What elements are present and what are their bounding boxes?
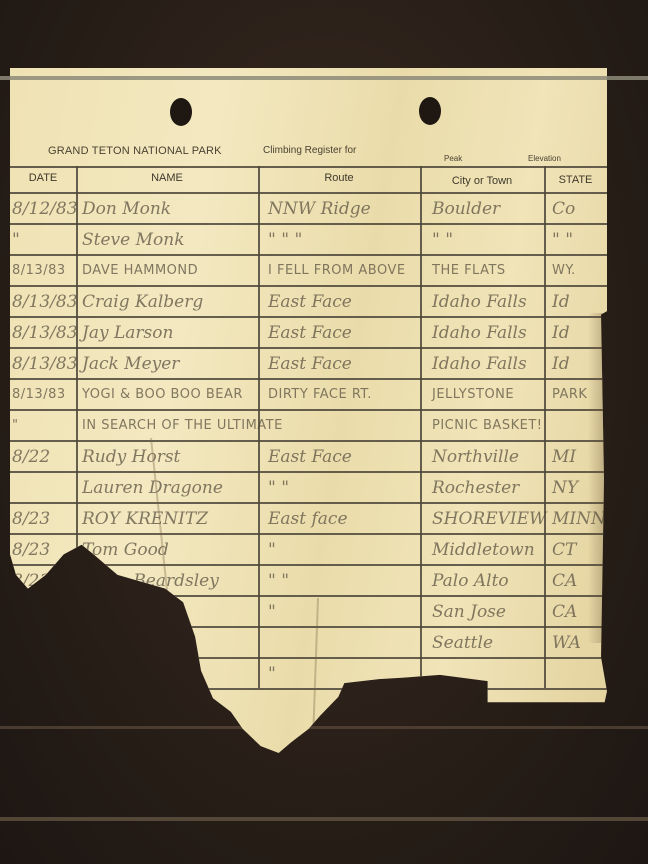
cell-name: Tom Good: [82, 537, 262, 563]
table-rule: [10, 254, 607, 256]
table-rule: [10, 409, 607, 411]
cell-date: 8/13/83: [12, 320, 74, 346]
shelf-rail-middle: [0, 726, 648, 729]
cell-name: Lauren Dragone: [82, 475, 262, 501]
table-rule: [10, 347, 607, 349]
cell-city: Idaho Falls: [432, 351, 550, 377]
table-rule: [10, 316, 607, 318]
table-row: 8/13/83YOGI & BOO BOO BEARDIRTY FACE RT.…: [10, 378, 607, 409]
table-row: Lauren Dragone" "RochesterNY: [10, 471, 607, 502]
table-row: 8/23Tom Good"MiddletownCT: [10, 533, 607, 564]
cell-date: ": [12, 413, 74, 439]
cell-date: 8/22: [12, 444, 74, 470]
table-rule: [10, 440, 607, 442]
cell-route: " ": [268, 475, 423, 501]
cell-state: WY.: [552, 258, 607, 284]
table-rule: [10, 378, 607, 380]
table-rule: [10, 192, 607, 194]
cell-state: Co: [552, 196, 607, 222]
cell-route: East face: [268, 506, 423, 532]
column-header-state: STATE: [544, 174, 607, 186]
table-rule: [10, 688, 607, 690]
table-rule: [10, 657, 607, 659]
cell-city: Palo Alto: [432, 568, 550, 594]
climbing-register-sheet: GRAND TETON NATIONAL PARK Climbing Regis…: [10, 68, 607, 753]
table-row: Siegel"San JoseCA: [10, 595, 607, 626]
table-row: 8/13/83Craig KalbergEast FaceIdaho Falls…: [10, 285, 607, 316]
cell-route: NNW Ridge: [268, 196, 423, 222]
peak-label: Peak: [444, 154, 462, 163]
cell-date: 8/13/83: [12, 382, 74, 408]
register-label: Climbing Register for: [263, 145, 356, 156]
cell-city: Middletown: [432, 537, 550, 563]
cell-name: Siegel: [82, 599, 262, 625]
cell-name: Don Monk: [82, 196, 262, 222]
table-rule: [10, 166, 607, 168]
cell-date: [12, 630, 74, 656]
cell-route: ": [268, 599, 423, 625]
table-column-divider: [544, 166, 546, 688]
cell-city: PICNIC BASKET!: [432, 413, 550, 439]
table-rule: [10, 533, 607, 535]
cell-date: 8/12/83: [12, 196, 74, 222]
cell-route: " " ": [268, 227, 423, 253]
table-row: 8/22Rudy HorstEast FaceNorthvilleMI: [10, 440, 607, 471]
shelf-rail-top: [0, 76, 648, 80]
table-rule: [10, 564, 607, 566]
cell-name: Jack Meyer: [82, 351, 262, 377]
column-header-date: DATE: [10, 172, 76, 184]
cell-city: Idaho Falls: [432, 320, 550, 346]
cell-city: [432, 661, 550, 687]
cell-date: 8/23: [12, 506, 74, 532]
cell-name: Craig Kalberg: [82, 289, 262, 315]
cell-city: San Jose: [432, 599, 550, 625]
cell-route: East Face: [268, 320, 423, 346]
cell-route: East Face: [268, 444, 423, 470]
cell-date: 8/23: [12, 537, 74, 563]
table-row: 8/13/83Jack MeyerEast FaceIdaho FallsId: [10, 347, 607, 378]
table-column-divider: [76, 166, 78, 688]
table-column-divider: [258, 166, 260, 688]
park-title: GRAND TETON NATIONAL PARK: [48, 145, 222, 157]
cell-route: I FELL FROM ABOVE: [268, 258, 423, 284]
table-row: 8/12/83Don MonkNNW RidgeBoulderCo: [10, 192, 607, 223]
cell-name: YOGI & BOO BOO BEAR: [82, 382, 262, 408]
cell-city: Seattle: [432, 630, 550, 656]
table-rule: [10, 502, 607, 504]
cell-state: [552, 661, 607, 687]
table-rule: [10, 595, 607, 597]
cell-date: [12, 599, 74, 625]
cell-city: JELLYSTONE: [432, 382, 550, 408]
cell-date: 8/13/83: [12, 289, 74, 315]
column-header-city: City or Town: [420, 175, 544, 187]
table-column-divider: [420, 166, 422, 688]
cell-name: ROY KRENITZ: [82, 506, 262, 532]
table-row: 8/23ROY KRENITZEast faceSHOREVIEWMINN: [10, 502, 607, 533]
cell-name: DAVE HAMMOND: [82, 258, 262, 284]
cell-route: East Face: [268, 289, 423, 315]
table-rule: [10, 223, 607, 225]
table-row: "Steve Monk" " "" "" ": [10, 223, 607, 254]
table-row: ...igel": [10, 657, 607, 688]
cell-city: Idaho Falls: [432, 289, 550, 315]
cell-city: Rochester: [432, 475, 550, 501]
table-rule: [10, 471, 607, 473]
cell-city: SHOREVIEW: [432, 506, 550, 532]
cell-date: [12, 661, 74, 687]
cell-route: [268, 630, 423, 656]
cell-name: ...igel: [82, 661, 262, 687]
paper-fold-shadow: [588, 313, 608, 643]
cell-route: DIRTY FACE RT.: [268, 382, 423, 408]
elevation-label: Elevation: [528, 154, 561, 163]
cell-name: Rudy Horst: [82, 444, 262, 470]
table-row: 8/13/83Jay LarsonEast FaceIdaho FallsId: [10, 316, 607, 347]
cell-route: [268, 413, 423, 439]
table-row: ...ktelSeattleWA: [10, 626, 607, 657]
cell-state: " ": [552, 227, 607, 253]
cell-state: Id: [552, 289, 607, 315]
column-header-name: NAME: [76, 172, 258, 184]
cell-city: " ": [432, 227, 550, 253]
cell-name: Steve Monk: [82, 227, 262, 253]
cell-name: Jay Larson: [82, 320, 262, 346]
cell-date: 8/23: [12, 568, 74, 594]
cell-date: ": [12, 227, 74, 253]
cell-date: 8/13/83: [12, 351, 74, 377]
punch-hole-left: [170, 98, 192, 126]
cell-route: " ": [268, 568, 423, 594]
shelf-rail-bottom: [0, 817, 648, 821]
cell-city: THE FLATS: [432, 258, 550, 284]
cell-name: Irene Beardsley: [82, 568, 262, 594]
cell-date: 8/13/83: [12, 258, 74, 284]
cell-name: ...ktel: [82, 630, 262, 656]
cell-name: IN SEARCH OF THE ULTIMATE: [82, 413, 262, 439]
cell-city: Northville: [432, 444, 550, 470]
column-header-route: Route: [258, 172, 420, 184]
cell-route: ": [268, 537, 423, 563]
cell-route: East Face: [268, 351, 423, 377]
table-rule: [10, 626, 607, 628]
table-row: "IN SEARCH OF THE ULTIMATEPICNIC BASKET!: [10, 409, 607, 440]
cell-date: [12, 475, 74, 501]
table-rule: [10, 285, 607, 287]
cell-city: Boulder: [432, 196, 550, 222]
table-row: 8/23Irene Beardsley" "Palo AltoCA: [10, 564, 607, 595]
table-row: 8/13/83DAVE HAMMONDI FELL FROM ABOVETHE …: [10, 254, 607, 285]
cell-route: ": [268, 661, 423, 687]
punch-hole-right: [419, 97, 441, 125]
